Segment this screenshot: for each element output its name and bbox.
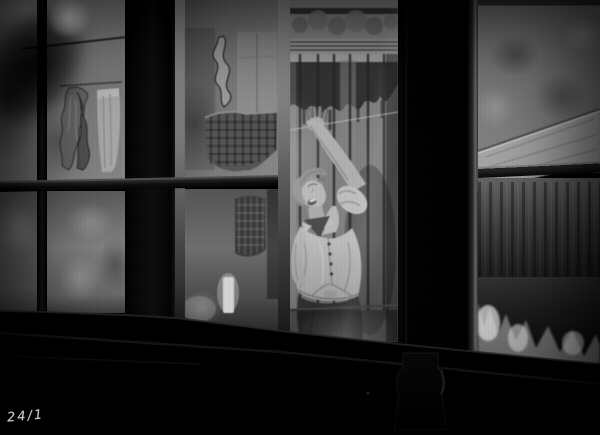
film-still-photo: 24/1 (0, 0, 600, 435)
lens-flare (48, 0, 90, 36)
